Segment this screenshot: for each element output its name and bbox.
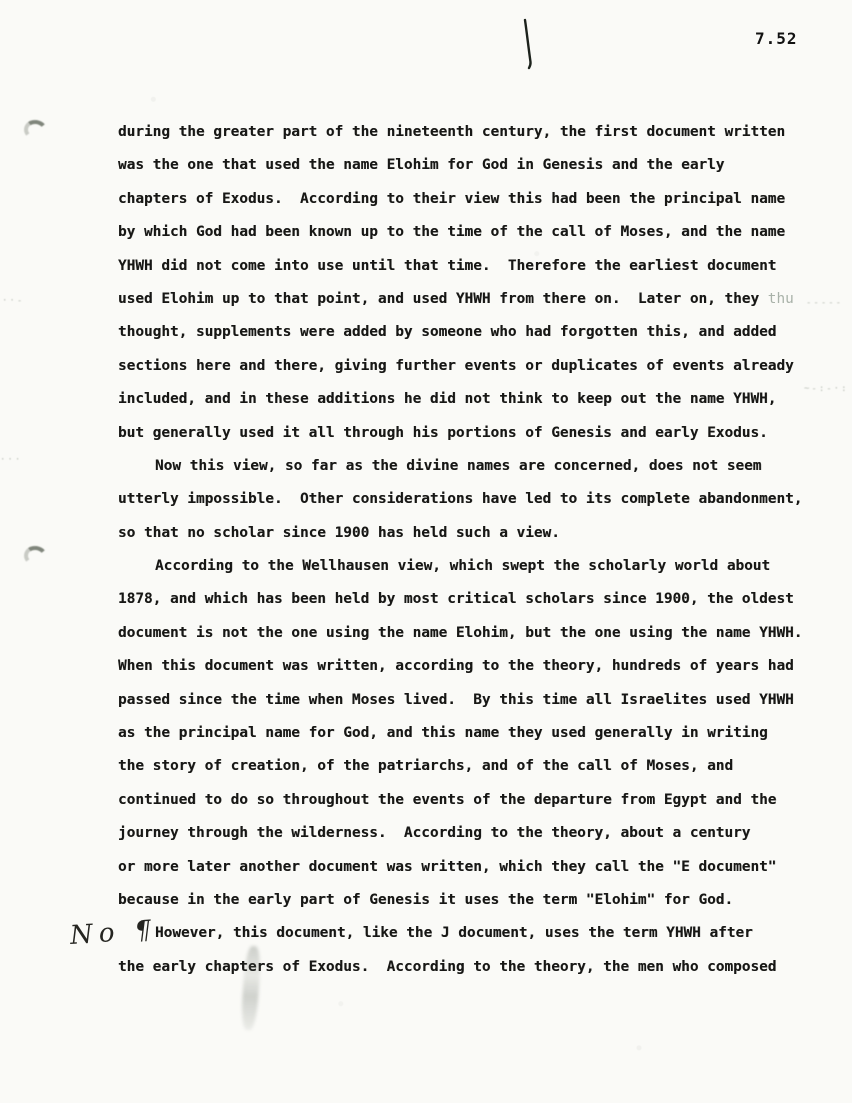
text-body: during the greater part of the nineteent… [118, 116, 818, 984]
text-line: utterly impossible. Other considerations… [118, 483, 818, 516]
text-line: YHWH did not come into use until that ti… [118, 250, 818, 283]
text-line: chapters of Exodus. According to their v… [118, 183, 818, 216]
text-line: thought, supplements were added by someo… [118, 316, 818, 349]
erased-text: thu [759, 291, 794, 307]
text-line: the story of creation, of the patriarchs… [118, 750, 818, 783]
text-line: When this document was written, accordin… [118, 650, 818, 683]
text-line: used Elohim up to that point, and used Y… [118, 283, 818, 316]
text-line: the early chapters of Exodus. According … [118, 951, 818, 984]
text-line: According to the Wellhausen view, which … [118, 550, 818, 583]
text-line: Now this view, so far as the divine name… [118, 450, 818, 483]
text-line: during the greater part of the nineteent… [118, 116, 818, 149]
text-line: 1878, and which has been held by most cr… [118, 583, 818, 616]
text-line: so that no scholar since 1900 has held s… [118, 517, 818, 550]
text-line: but generally used it all through his po… [118, 417, 818, 450]
pen-stroke-mark [515, 18, 539, 70]
text-line: continued to do so throughout the events… [118, 784, 818, 817]
text-line: journey through the wilderness. Accordin… [118, 817, 818, 850]
scan-artifact: ~-:-·: [804, 384, 849, 394]
text-line: passed since the time when Moses lived. … [118, 684, 818, 717]
text-line: or more later another document was writt… [118, 851, 818, 884]
text-line: was the one that used the name Elohim fo… [118, 149, 818, 182]
scan-artifact: ----- [806, 298, 843, 308]
text-line: document is not the one using the name E… [118, 617, 818, 650]
scanned-document-page: { "page": { "number": "7.52", "margin_no… [0, 0, 852, 1103]
scan-artifact: ··· [0, 455, 22, 465]
text-line: sections here and there, giving further … [118, 350, 818, 383]
text-line: because in the early part of Genesis it … [118, 884, 818, 917]
text-line: as the principal name for God, and this … [118, 717, 818, 750]
page-number: 7.52 [755, 29, 798, 48]
handwritten-margin-note: No ¶ [69, 915, 158, 951]
text-line: included, and in these additions he did … [118, 383, 818, 416]
text-line: However, this document, like the J docum… [118, 917, 818, 950]
scan-artifact: ··- [2, 296, 24, 306]
text-line: by which God had been known up to the ti… [118, 216, 818, 249]
